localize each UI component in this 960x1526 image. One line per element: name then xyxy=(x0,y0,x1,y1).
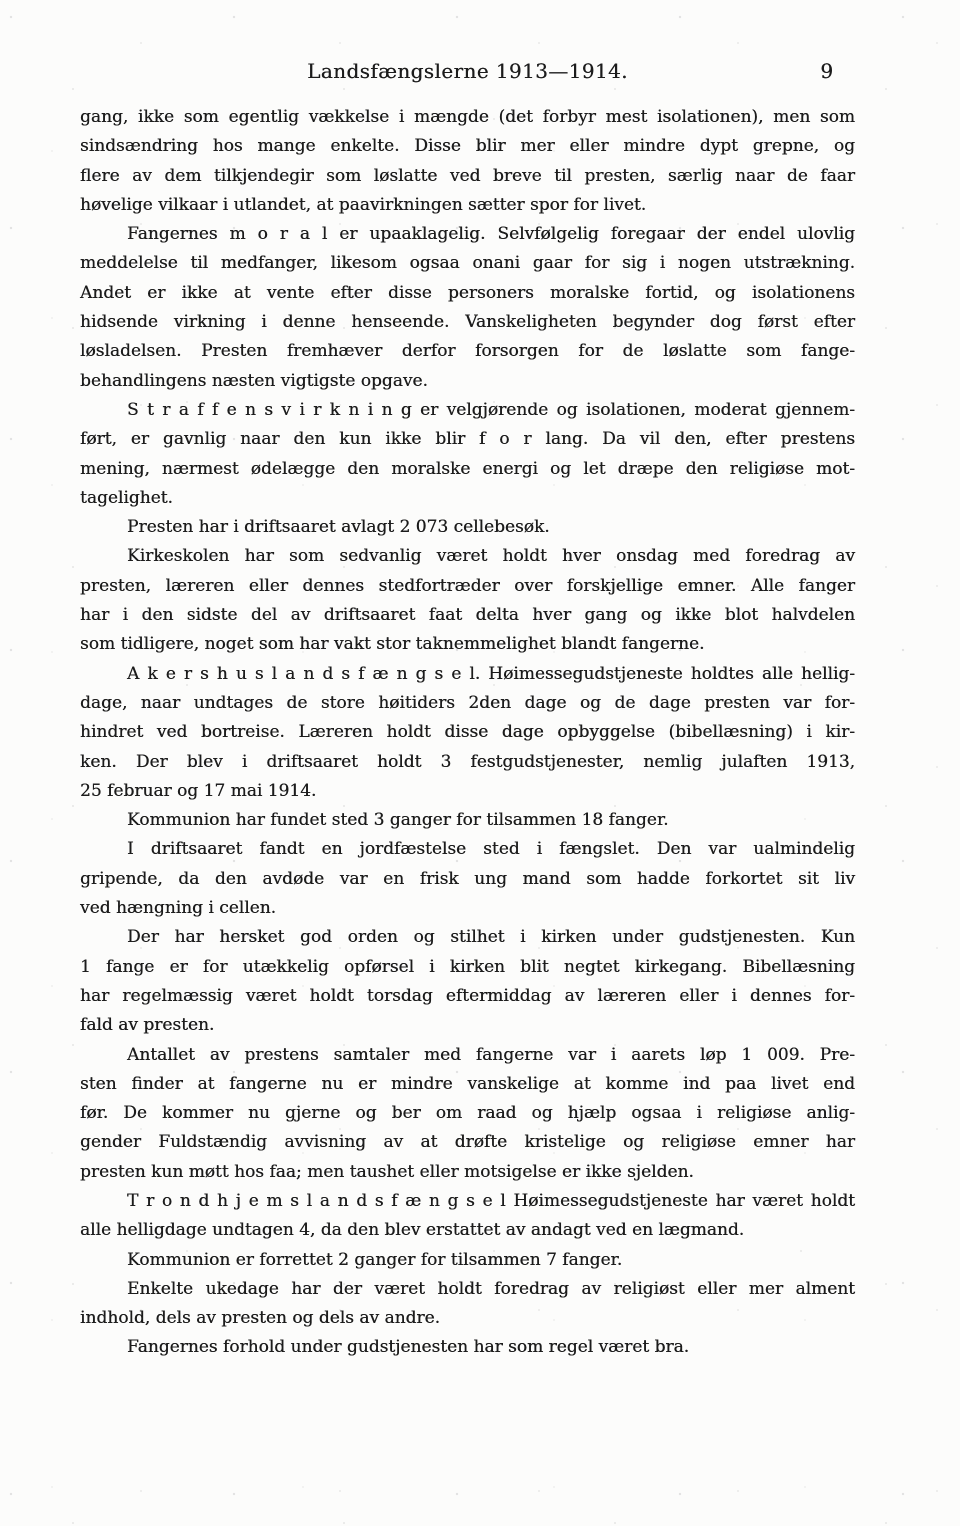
text-line: dage, naar undtages de store høitiders 2… xyxy=(80,689,855,718)
text-line: Kommunion har fundet sted 3 ganger for t… xyxy=(80,806,855,835)
text-line: 1 fange er for utækkelig opførsel i kirk… xyxy=(80,953,855,982)
text-line: indhold, dels av presten og dels av andr… xyxy=(80,1304,855,1333)
text-line: mening, nærmest ødelægge den moralske en… xyxy=(80,455,855,484)
text-line: ken. Der blev i driftsaaret holdt 3 fest… xyxy=(80,748,855,777)
text-line: Fangernes m o r a l er upaaklagelig. Sel… xyxy=(80,220,855,249)
text-line: alle helligdage undtagen 4, da den blev … xyxy=(80,1216,855,1245)
text-line: hindret ved bortreise. Læreren holdt dis… xyxy=(80,718,855,747)
page-header: Landsfængslerne 1913—1914. 9 xyxy=(80,57,855,87)
text-line: ført, er gavnlig naar den kun ikke blir … xyxy=(80,425,855,454)
text-line: I driftsaaret fandt en jordfæstelse sted… xyxy=(80,835,855,864)
text-line: flere av dem tilkjendegir som løslatte v… xyxy=(80,162,855,191)
page-body: gang, ikke som egentlig vækkelse i mængd… xyxy=(80,103,855,1363)
text-line: Antallet av prestens samtaler med fanger… xyxy=(80,1041,855,1070)
text-line: gender Fuldstændig avvisning av at drøft… xyxy=(80,1128,855,1157)
text-line: Presten har i driftsaaret avlagt 2 073 c… xyxy=(80,513,855,542)
text-line: Fangernes forhold under gudstjenesten ha… xyxy=(80,1333,855,1362)
text-line: Enkelte ukedage har der været holdt fore… xyxy=(80,1275,855,1304)
text-line: Kommunion er forrettet 2 ganger for tils… xyxy=(80,1246,855,1275)
text-line: løsladelsen. Presten fremhæver derfor fo… xyxy=(80,337,855,366)
text-line: ved hængning i cellen. xyxy=(80,894,855,923)
text-line: 25 februar og 17 mai 1914. xyxy=(80,777,855,806)
running-title: Landsfængslerne 1913—1914. xyxy=(80,57,855,85)
text-line: høvelige vilkaar i utlandet, at paavirkn… xyxy=(80,191,855,220)
text-line: før. De kommer nu gjerne og ber om raad … xyxy=(80,1099,855,1128)
text-line: Der har hersket god orden og stilhet i k… xyxy=(80,923,855,952)
text-line: sten finder at fangerne nu er mindre van… xyxy=(80,1070,855,1099)
text-line: hidsende virkning i denne henseende. Van… xyxy=(80,308,855,337)
text-line: fald av presten. xyxy=(80,1011,855,1040)
text-line: som tidligere, noget som har vakt stor t… xyxy=(80,630,855,659)
text-line: meddelelse til medfanger, likesom ogsaa … xyxy=(80,249,855,278)
text-line: Kirkeskolen har som sedvanlig været hold… xyxy=(80,542,855,571)
text-line: presten kun møtt hos faa; men taushet el… xyxy=(80,1158,855,1187)
text-line: S t r a f f e n s v i r k n i n g er vel… xyxy=(80,396,855,425)
text-line: har regelmæssig været holdt torsdag efte… xyxy=(80,982,855,1011)
text-line: presten, læreren eller dennes stedfortræ… xyxy=(80,572,855,601)
text-line: T r o n d h j e m s l a n d s f æ n g s … xyxy=(80,1187,855,1216)
text-line: gripende, da den avdøde var en frisk ung… xyxy=(80,865,855,894)
text-line: sindsændring hos mange enkelte. Disse bl… xyxy=(80,132,855,161)
text-line: A k e r s h u s l a n d s f æ n g s e l.… xyxy=(80,660,855,689)
text-line: Andet er ikke at vente efter disse perso… xyxy=(80,279,855,308)
text-line: tagelighet. xyxy=(80,484,855,513)
text-line: har i den sidste del av driftsaaret faat… xyxy=(80,601,855,630)
text-line: behandlingens næsten vigtigste opgave. xyxy=(80,367,855,396)
page-number: 9 xyxy=(820,57,833,85)
document-page: Landsfængslerne 1913—1914. 9 gang, ikke … xyxy=(0,0,960,1526)
text-line: gang, ikke som egentlig vækkelse i mængd… xyxy=(80,103,855,132)
